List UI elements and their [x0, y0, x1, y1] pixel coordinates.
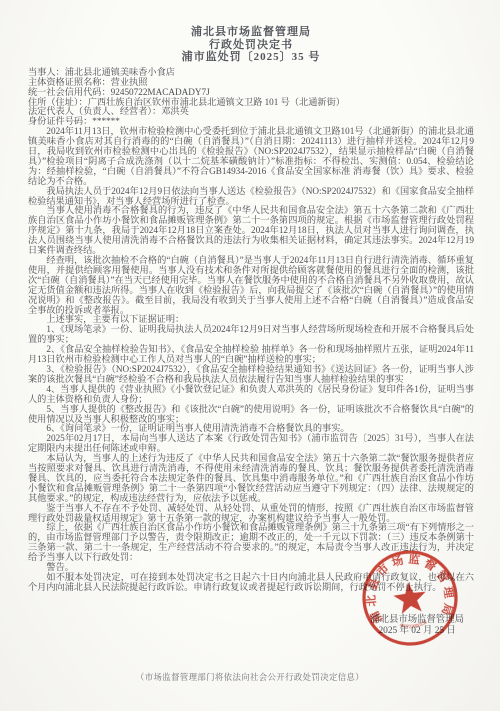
issuing-authority: 浦北县市场监督管理局	[28, 26, 474, 39]
signature-authority: 浦北县市场监督管理局	[370, 615, 464, 626]
credit-code-line: 统一社会信用代码：92450722MACADADY7J	[28, 88, 474, 98]
body-paragraph: 经查明，该批次抽检不合格的“白碗（自消餐具）”是当事人于2024年11月13日自…	[28, 256, 474, 315]
evidence-item-4: 4、当事人提供的《营业执照》《小餐饮登记证》和负责人邓洪英的《居民身份证》复印件…	[28, 385, 474, 405]
evidence-item-1: 1、《现场笔录》一份、证明我局执法人员2024年12月9日对当事人经营场所现场检…	[28, 325, 474, 345]
body-paragraph: 我局执法人员于2024年12月9日依法向当事人送达《检验报告》（NO:SP202…	[28, 187, 474, 207]
document-title: 行政处罚决定书	[28, 39, 474, 52]
document-body: 2024年11月13日，钦州市检验检测中心受委托到位于浦北县北通镇文卫路101号…	[28, 127, 474, 593]
body-paragraph: 当事人使用消毒不合格餐具的行为，违反了《中华人民共和国食品安全法》第五十六条第二…	[28, 206, 474, 256]
public-disclosure-footnote: （市场监督管理部门将依法向社会公开行政处罚决定信息）	[0, 671, 500, 683]
appeal-rights-paragraph: 如不服本处罚决定，可在接到本处罚决定书之日起六十日内向浦北县人民政府申请行政复议…	[28, 573, 474, 593]
evidence-item-5: 5、当事人提供的《整改报告》和《该批次“白碗”的使用说明》各一份，证明该批次不合…	[28, 405, 474, 425]
body-paragraph: 鉴于当事人不存在不予处罚、减轻处罚、从轻处罚、从重处罚的情形，按照《广西壮族自治…	[28, 504, 474, 524]
signature-block: 浦北县市场监督管理局 2025 年 02 月 25 日	[370, 615, 464, 637]
party-information: 当事人：浦北县北通镇美味香小食店 主体资格证照名称：营业执照 统一社会信用代码：…	[28, 68, 474, 127]
body-paragraph: 综上，依据《广西壮族自治区食品小作坊小餐饮和食品摊贩管理条例》第三十九条第三项“…	[28, 523, 474, 563]
document-header: 浦北县市场监督管理局 行政处罚决定书 浦市监处罚〔2025〕35 号	[28, 26, 474, 64]
body-paragraph: 本局认为，当事人的上述行为违反了《中华人民共和国食品安全法》第五十六条第二款“餐…	[28, 454, 474, 504]
document-content: 浦北县市场监督管理局 行政处罚决定书 浦市监处罚〔2025〕35 号 当事人：浦…	[28, 26, 474, 593]
signature-date: 2025 年 02 月 25 日	[370, 626, 464, 637]
body-paragraph: 2025年02月17日，本局向当事人送达了本案《行政处罚告知书》（浦市监罚告〔2…	[28, 434, 474, 454]
evidence-item-3: 3、《检验报告》（NO:SP2024J7532），《食品安全抽样检验结果通知书》…	[28, 365, 474, 385]
evidence-item-2: 2、《食品安全抽样检验告知书》、《食品安全抽样检验 抽样单》各一份和现场抽样照片…	[28, 345, 474, 365]
penalty-decision-document: 浦北县市场监督管理局 行政处罚决定书 浦市监处罚〔2025〕35 号 当事人：浦…	[0, 0, 500, 711]
document-number: 浦市监处罚〔2025〕35 号	[28, 51, 474, 64]
body-paragraph: 2024年11月13日，钦州市检验检测中心受委托到位于浦北县北通镇文卫路101号…	[28, 127, 474, 186]
